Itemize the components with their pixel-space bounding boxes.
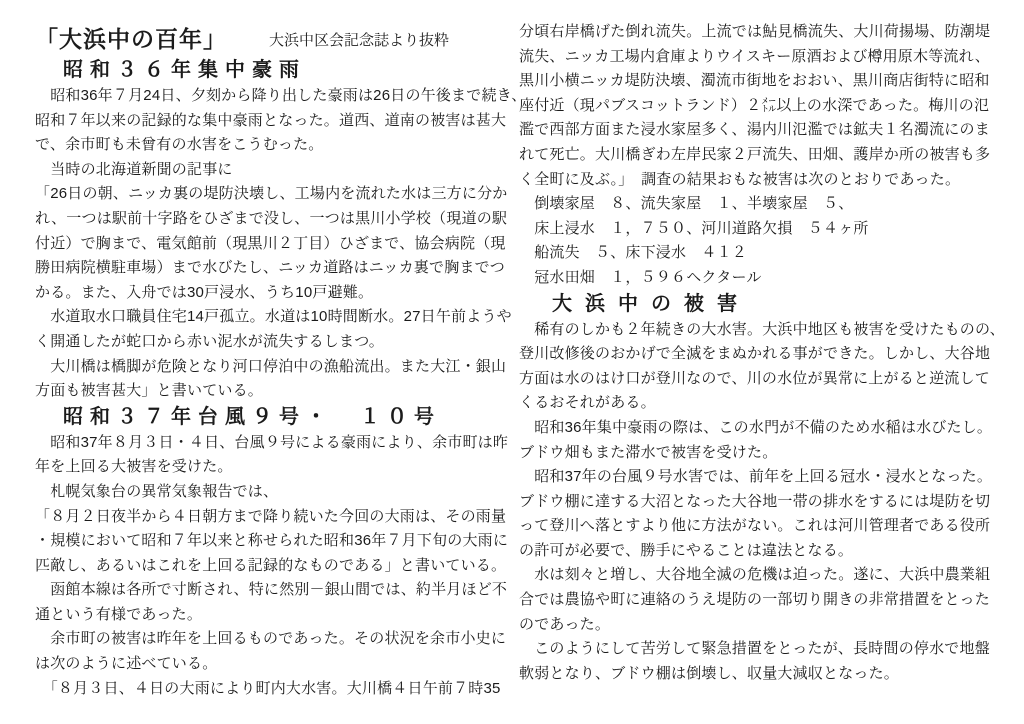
text-line: 付近）で胸まで、電気館前（現黒川２丁目）ひざまで、協会病院（現 — [35, 232, 509, 257]
text-line: 匹敵し、あるいはこれを上回る記録的なものである」と書いている。 — [35, 554, 509, 579]
text-line: れ、一つは駅前十字路をひざまで没し、一つは黒川小学校（現道の駅 — [35, 207, 509, 232]
text-line: 余市町の被害は昨年を上回るものであった。その状況を余市小史に — [35, 627, 509, 652]
text-line: の許可が必要で、勝手にやることは違法となる。 — [519, 539, 1009, 564]
text-line: ブドウ畑もまた滞水で被害を受けた。 — [519, 441, 1009, 466]
text-line: 「８月３日、４日の大雨により町内大水害。大川橋４日午前７時35 — [35, 677, 509, 702]
text-line: のであった。 — [519, 613, 1009, 638]
text-line: 昭和36年７月24日、夕刻から降り出した豪雨は26日の午後まで続き、 — [35, 84, 509, 109]
text-line: 稀有のしかも２年続きの大水害。大浜中地区も被害を受けたものの、 — [519, 318, 1009, 343]
text-line: 登川改修後のおかげで全滅をまぬかれる事ができた。しかし、大谷地 — [519, 342, 1009, 367]
text-line: 大川橋は橋脚が危険となり河口停泊中の漁船流出。また大江・銀山 — [35, 355, 509, 380]
text-line: ・規模において昭和７年以来と称せられた昭和36年７月下旬の大雨に — [35, 529, 509, 554]
text-line: 函館本線は各所で寸断され、特に然別－銀山間では、約半月ほど不 — [35, 578, 509, 603]
text-line: 昭和37年８月３日・４日、台風９号による豪雨により、余市町は昨 — [35, 431, 509, 456]
text-line: 昭和７年以来の記録的な集中豪雨となった。道西、道南の被害は甚大 — [35, 109, 509, 134]
document-title: 「大浜中の百年」 — [35, 24, 227, 54]
text-line: 水道取水口職員住宅14戸孤立。水道は10時間断水。27日午前ようや — [35, 305, 509, 330]
document-page: 「大浜中の百年」大浜中区会記念誌より抜粋昭和３６年集中豪雨 昭和36年７月24日… — [0, 0, 1024, 724]
text-line: く全町に及ぶ。」 調査の結果おもな被害は次のとおりであった。 — [519, 168, 1009, 193]
text-line: 流失、ニッカ工場内倉庫よりウイスキー原酒および樽用原木等流れ、 — [519, 45, 1009, 70]
right-column: 分頃右岸橋げた倒れ流失。上流では鮎見橋流失、大川荷揚場、防潮堤流失、ニッカ工場内… — [519, 20, 1009, 686]
text-line: 倒壊家屋 ８、流失家屋 １、半壊家屋 ５、 — [519, 192, 1009, 217]
text-line: 年を上回る大被害を受けた。 — [35, 455, 509, 480]
section-heading: 昭和３６年集中豪雨 — [63, 57, 509, 84]
text-line: 昭和37年の台風９号水害では、前年を上回る冠水・浸水となった。 — [519, 465, 1009, 490]
text-line: 当時の北海道新聞の記事に — [35, 158, 509, 183]
text-line: 勝田病院横駐車場）まで水びたし、ニッカ道路はニッカ裏で胸までつ — [35, 256, 509, 281]
text-line: 「８月２日夜半から４日朝方まで降り続いた今回の大雨は、その雨量 — [35, 505, 509, 530]
document-title-row: 「大浜中の百年」大浜中区会記念誌より抜粋 — [35, 24, 509, 54]
text-line: 方面は水のはけ口が登川なので、川の水位が異常に上がると逆流して — [519, 367, 1009, 392]
text-line: って登川へ落とすより他に方法がない。これは河川管理者である役所 — [519, 514, 1009, 539]
section-heading: 昭和３７年台風９号・ １０号 — [63, 404, 509, 431]
text-line: くるおそれがある。 — [519, 391, 1009, 416]
text-line: ブドウ棚に達する大沼となった大谷地一帯の排水をするには堤防を切 — [519, 490, 1009, 515]
text-line: で、余市町も未曾有の水害をこうむった。 — [35, 133, 509, 158]
text-line: 冠水田畑 １，５９６ヘクタール — [519, 266, 1009, 291]
text-line: 座付近（現パブスコットランド）２㍍以上の水深であった。梅川の氾 — [519, 94, 1009, 119]
document-source-note: 大浜中区会記念誌より抜粋 — [269, 30, 449, 54]
text-line: 船流失 ５、床下浸水 ４１２ — [519, 241, 1009, 266]
text-line: は次のように述べている。 — [35, 652, 509, 677]
text-line: 黒川小横ニッカ堤防決壊、濁流市街地をおおい、黒川商店街特に昭和 — [519, 69, 1009, 94]
text-line: く開通したが蛇口から赤い泥水が流失するしまつ。 — [35, 330, 509, 355]
text-line: 通という有様であった。 — [35, 603, 509, 628]
text-line: かる。また、入舟では30戸浸水、うち10戸避難。 — [35, 281, 509, 306]
text-line: 方面も被害甚大」と書いている。 — [35, 379, 509, 404]
text-line: れて死亡。大川橋ぎわ左岸民家２戸流失、田畑、護岸か所の被害も多 — [519, 143, 1009, 168]
text-line: 水は刻々と増し、大谷地全滅の危機は迫った。遂に、大浜中農業組 — [519, 563, 1009, 588]
text-line: このようにして苦労して緊急措置をとったが、長時間の停水で地盤 — [519, 637, 1009, 662]
text-line: 濫で西部方面また浸水家屋多く、湯内川氾濫では鉱夫１名濁流にのま — [519, 118, 1009, 143]
text-line: 床上浸水 １，７５０、河川道路欠損 ５４ヶ所 — [519, 217, 1009, 242]
text-line: 昭和36年集中豪雨の際は、この水門が不備のため水稲は水びたし。 — [519, 416, 1009, 441]
text-line: 札幌気象台の異常気象報告では、 — [35, 480, 509, 505]
text-line: 「26日の朝、ニッカ裏の堤防決壊し、工場内を流れた水は三方に分か — [35, 182, 509, 207]
text-line: 合では農協や町に連絡のうえ堤防の一部切り開きの非常措置をとった — [519, 588, 1009, 613]
section-heading: 大浜中の被害 — [552, 291, 1009, 318]
text-line: 軟弱となり、ブドウ棚は倒壊し、収量大減収となった。 — [519, 662, 1009, 687]
text-line: 分頃右岸橋げた倒れ流失。上流では鮎見橋流失、大川荷揚場、防潮堤 — [519, 20, 1009, 45]
left-column: 「大浜中の百年」大浜中区会記念誌より抜粋昭和３６年集中豪雨 昭和36年７月24日… — [35, 22, 509, 701]
